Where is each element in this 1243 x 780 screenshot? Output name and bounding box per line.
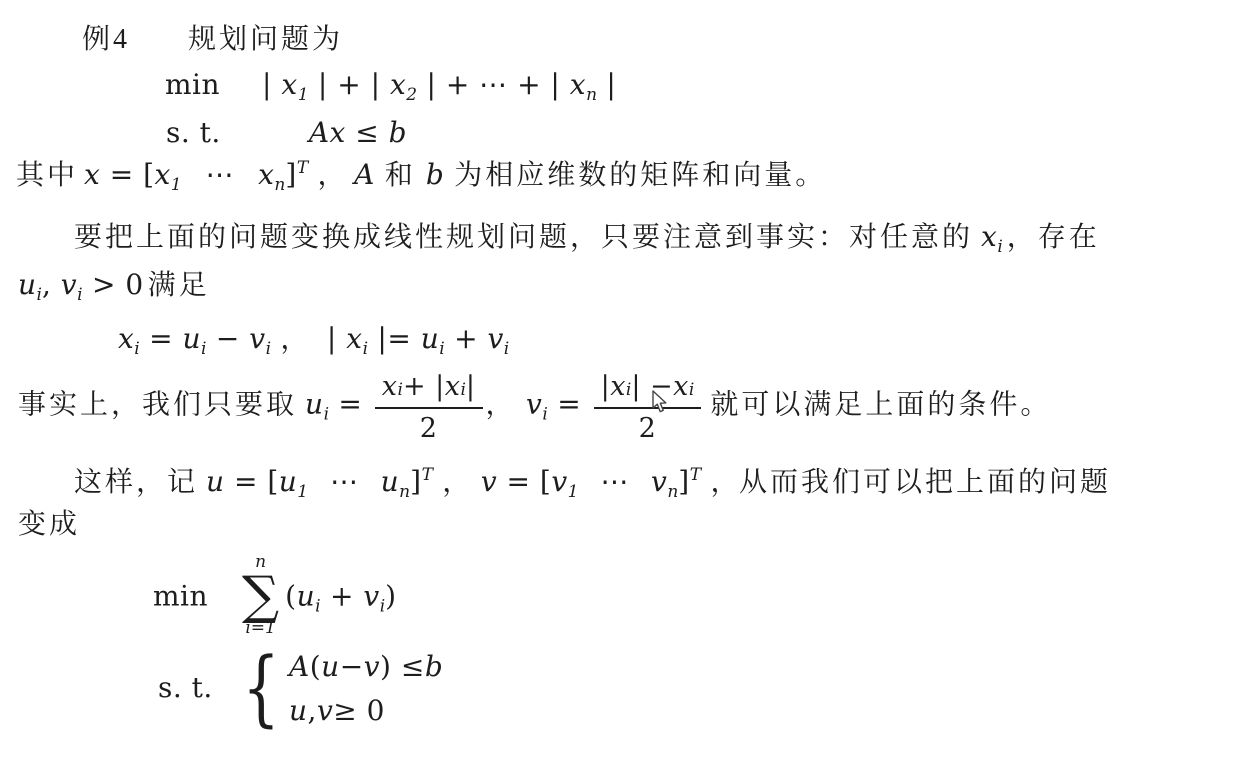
math-token-cn: 其中 (16, 160, 78, 191)
paragraph-transform: 要把上面的问题变换成线性规划问题，只要注意到事实：对任意的xi，存在 (74, 219, 1100, 258)
math-token-sp (471, 490, 481, 491)
math-token-rm: | (597, 68, 616, 101)
math-token-it: x (673, 370, 689, 404)
math-token-sp (346, 183, 354, 184)
math-token-rm: s. t. (158, 671, 213, 704)
math-token-it: v (317, 693, 333, 728)
fraction-denominator: 2 (639, 409, 657, 446)
math-token-rm: ， (308, 158, 346, 191)
math-token-cn: 这样，记 (74, 467, 198, 498)
math-token-rm: = [ (100, 158, 154, 191)
math-token-rm: ， (271, 322, 309, 355)
paragraph-uv-definition: 事实上，我们只要取ui = xi + | xi |2，vi = | xi | −… (18, 369, 1051, 446)
math-token-rm: + | (403, 370, 445, 404)
math-token-rm: min (153, 579, 208, 612)
math-token-rm: s. t. (166, 116, 221, 149)
math-token-sp (208, 604, 242, 605)
fraction-numerator: xi + | xi | (375, 369, 483, 409)
math-token-it: A (354, 158, 375, 191)
math-token-sp (297, 413, 305, 414)
math-token-rm: ≥ 0 (333, 693, 385, 728)
math-token-sp (198, 490, 206, 491)
math-token-it: x (118, 322, 134, 355)
math-token-it: u (18, 268, 37, 301)
math-token-rm: = [ (225, 465, 279, 498)
math-token-cn: ，存在 (1007, 222, 1100, 253)
math-token-sub: i (997, 237, 1002, 257)
example-heading: 例4规划问题为 (82, 22, 343, 57)
math-token-it: v (249, 322, 265, 355)
math-token-it: u (297, 579, 316, 612)
math-token-cases: {A(u − v) ≤ bu, v ≥ 0 (235, 649, 443, 728)
math-token-cn: 要把上面的问题变换成线性规划问题，只要注意到事实：对任意的 (74, 222, 973, 253)
math-token-sup: T (690, 465, 701, 485)
math-token-it: x (346, 322, 362, 355)
math-token-rm: ， (701, 465, 739, 498)
math-token-it: u (421, 322, 440, 355)
math-token-sp (182, 183, 206, 184)
math-token-rm: ) ≤ (380, 649, 425, 684)
math-token-cn: 就可以满足上面的条件。 (710, 390, 1051, 421)
math-token-rm: , (42, 268, 61, 301)
math-token-sub: 1 (298, 85, 309, 105)
cases-row: u, v ≥ 0 (289, 693, 443, 728)
math-token-it: v (551, 465, 567, 498)
math-token-cn: 和 (375, 160, 426, 191)
math-token-sup: T (422, 465, 433, 485)
math-token-it: x (155, 158, 171, 191)
math-token-it: x (570, 68, 586, 101)
math-token-sp (309, 347, 327, 348)
math-token-sp (359, 490, 381, 491)
math-token-rm: | (327, 322, 346, 355)
math-token-it: u (279, 465, 298, 498)
math-token-it: x (981, 220, 997, 253)
math-token-it: v (481, 465, 497, 498)
math-token-it: b (425, 649, 443, 684)
math-token-rm: + (445, 322, 488, 355)
math-token-sp (130, 47, 188, 48)
math-token-sub: i (504, 339, 509, 359)
math-token-rm: ] (678, 465, 689, 498)
math-token-sub: 1 (171, 175, 182, 195)
math-token-rm: ⋯ (206, 158, 235, 191)
math-token-rm: + (321, 579, 364, 612)
math-token-frac: xi + | xi |2 (375, 369, 483, 446)
math-token-rm: | (466, 370, 476, 404)
math-token-it: u (183, 322, 202, 355)
paragraph-become: 变成 (18, 507, 80, 542)
math-token-sub: n (667, 482, 678, 502)
math-token-rm: | (262, 68, 281, 101)
math-token-it: A (289, 649, 310, 684)
math-token-rm: > 0 (83, 268, 144, 301)
mouse-cursor-icon (651, 390, 668, 414)
math-token-rm: ， (433, 465, 471, 498)
math-token-rm: ) (385, 579, 396, 612)
math-token-it: u (206, 465, 225, 498)
math-token-sp (220, 93, 262, 94)
math-token-it: Ax (309, 116, 346, 149)
lp-objective-equation: minn∑i=1(ui + vi) (153, 556, 397, 642)
math-token-rm: | (601, 370, 611, 404)
math-token-rm: ⋯ (330, 465, 359, 498)
math-token-it: v (487, 322, 503, 355)
math-token-it: v (61, 268, 77, 301)
sum-lower-limit: i=1 (245, 619, 276, 639)
math-token-it: x (281, 68, 297, 101)
math-token-it: x (445, 370, 461, 404)
math-token-it: v (526, 388, 542, 421)
math-token-sub: 2 (406, 85, 417, 105)
math-token-sub: 1 (568, 482, 579, 502)
math-token-it: x (390, 68, 406, 101)
math-token-cn: 变成 (18, 509, 80, 540)
math-token-rm: ⋯ (600, 465, 629, 498)
math-token-sub: n (399, 482, 410, 502)
math-token-it: u (321, 649, 340, 684)
math-token-it: u (305, 388, 324, 421)
math-token-cn: 规划问题为 (188, 24, 343, 55)
math-token-rm: = (140, 322, 183, 355)
math-token-rm: ] (410, 465, 421, 498)
math-token-rm: − (206, 322, 249, 355)
math-token-sum: n∑i=1 (242, 553, 279, 639)
math-token-sp (213, 696, 229, 697)
math-token-it: x (610, 370, 626, 404)
math-token-rm: |= (368, 322, 421, 355)
math-token-sp (221, 141, 309, 142)
math-token-rm: = (329, 388, 372, 421)
math-token-it: b (389, 116, 407, 149)
math-token-rm: 2 (639, 412, 657, 446)
sigma-operator: ∑ (242, 573, 279, 620)
math-token-sp (578, 490, 600, 491)
math-token-frac: | xi | − xi2 (594, 369, 702, 446)
document-page: 例4规划问题为 min| x1 | + | x2 | + ⋯ + | xn | … (0, 0, 1243, 780)
math-token-rm: ] (285, 158, 296, 191)
math-token-rm: ≤ (346, 116, 389, 149)
math-token-sub: n (586, 85, 597, 105)
identity-equation: xi = ui − vi ，| xi |= ui + vi (118, 321, 509, 360)
math-token-rm: ( (310, 649, 321, 684)
math-token-rm: min (165, 68, 220, 101)
uv-positivity: ui, vi > 0满足 (18, 267, 210, 306)
fraction-denominator: 2 (420, 409, 438, 446)
math-token-it: v (363, 579, 379, 612)
cases-brace: { (242, 652, 280, 726)
math-token-cn: 事实上，我们只要取 (18, 390, 297, 421)
math-token-rm: 2 (420, 412, 438, 446)
cases-row: A(u − v) ≤ b (289, 649, 443, 684)
math-token-it: u (289, 693, 308, 728)
math-token-rm: − (340, 649, 364, 684)
math-token-sub: 1 (297, 482, 308, 502)
math-token-rm: | + | (309, 68, 390, 101)
math-token-sp (308, 490, 330, 491)
math-token-it: v (364, 649, 380, 684)
math-token-sp (629, 490, 651, 491)
math-token-it: u (381, 465, 400, 498)
math-token-sub: i (689, 380, 694, 401)
math-token-sp (514, 413, 526, 414)
math-token-cn: 满足 (148, 270, 210, 301)
constraint-equation: s. t.Ax ≤ b (166, 115, 407, 151)
math-token-sp (973, 245, 981, 246)
math-token-it: x (84, 158, 100, 191)
math-token-it: x (382, 370, 398, 404)
where-definition: 其中x = [x1⋯xn]T ，A 和 b 为相应维数的矩阵和向量。 (16, 157, 826, 196)
math-token-rm: = (548, 388, 591, 421)
math-token-sup: T (297, 158, 308, 178)
math-token-rm: ， (486, 388, 515, 421)
math-token-rm: ( (285, 579, 296, 612)
math-token-rm: = [ (497, 465, 551, 498)
math-token-it: b (426, 158, 444, 191)
cases-rows: A(u − v) ≤ bu, v ≥ 0 (289, 649, 443, 728)
fraction-numerator: | xi | − xi (594, 369, 702, 409)
math-token-rm: | + ⋯ + | (417, 68, 570, 101)
paragraph-vector-notation: 这样，记u = [u1⋯un]T ，v = [v1⋯vn]T ，从而我们可以把上… (74, 464, 1111, 503)
math-token-it: v (651, 465, 667, 498)
objective-equation: min| x1 | + | x2 | + ⋯ + | xn | (165, 67, 616, 106)
math-token-cn: 为相应维数的矩阵和向量。 (444, 160, 826, 191)
math-token-it: x (258, 158, 274, 191)
lp-constraints-equation: s. t.{A(u − v) ≤ bu, v ≥ 0 (158, 651, 443, 730)
math-token-sp (234, 183, 258, 184)
math-token-sub: n (274, 175, 285, 195)
math-token-cn: 例4 (82, 24, 130, 55)
math-token-rm: , (308, 693, 317, 728)
math-token-cn: 从而我们可以把上面的问题 (739, 467, 1111, 498)
